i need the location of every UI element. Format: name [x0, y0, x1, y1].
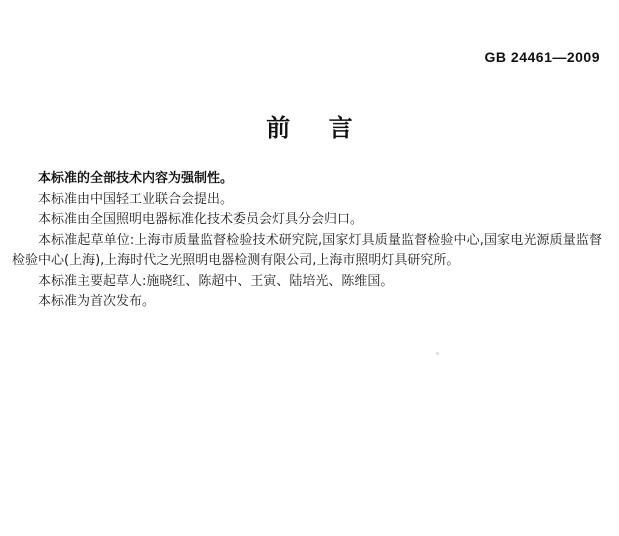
paragraph-chief-drafters: 本标准主要起草人:施晓红、陈超中、王寅、陆培光、陈维国。 [12, 272, 602, 293]
paragraph-first-issue: 本标准为首次发布。 [12, 292, 602, 313]
document-page: GB 24461—2009 前言 本标准的全部技术内容为强制性。 本标准由中国轻… [0, 0, 619, 536]
paragraph-under-jurisdiction: 本标准由全国照明电器标准化技术委员会灯具分会归口。 [12, 210, 602, 231]
scan-artifact-dot [436, 352, 439, 355]
foreword-body: 本标准的全部技术内容为强制性。 本标准由中国轻工业联合会提出。 本标准由全国照明… [12, 169, 602, 313]
page-title: 前言 [0, 108, 619, 143]
paragraph-proposed-by: 本标准由中国轻工业联合会提出。 [12, 190, 602, 211]
paragraph-mandatory-note: 本标准的全部技术内容为强制性。 [12, 169, 602, 190]
standard-code: GB 24461—2009 [485, 49, 600, 65]
paragraph-drafting-organizations: 本标准起草单位:上海市质量监督检验技术研究院,国家灯具质量监督检验中心,国家电光… [12, 231, 602, 272]
